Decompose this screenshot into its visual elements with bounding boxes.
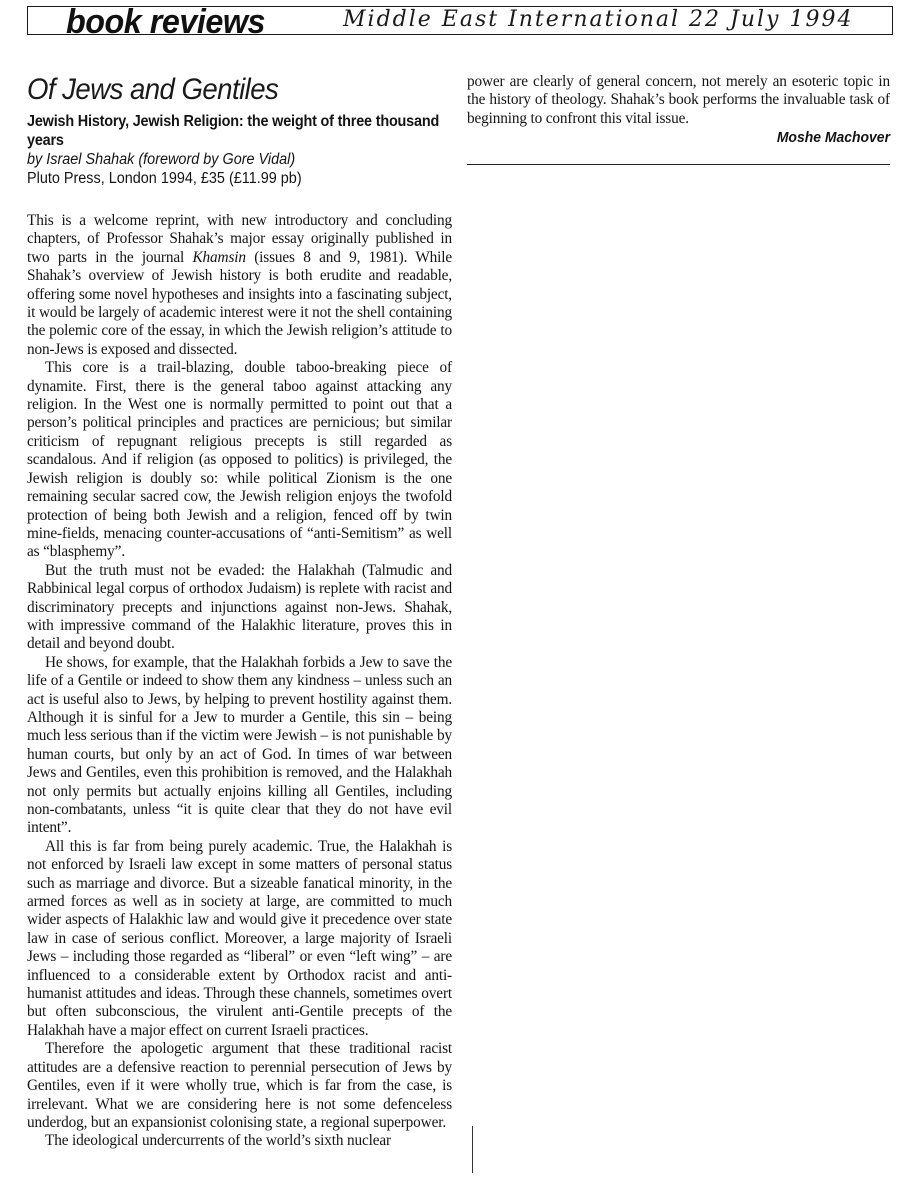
paragraph-2: This core is a trail-blazing, double tab… [27,359,452,561]
paragraph-5: All this is far from being purely academ… [27,838,452,1040]
paragraph-continuation: power are clearly of general concern, no… [467,73,890,128]
paragraph-4: He shows, for example, that the Halakhah… [27,654,452,838]
end-rule-divider [467,164,890,165]
review-title: Of Jews and Gentiles [27,72,418,108]
book-author: by Israel Shahak (foreword by Gore Vidal… [27,150,422,169]
left-column: Of Jews and Gentiles Jewish History, Jew… [27,72,452,1151]
paragraph-3: But the truth must not be evaded: the Ha… [27,562,452,654]
paragraph-1: This is a welcome reprint, with new intr… [27,212,452,359]
header-box: book reviews Middle East International 2… [27,6,893,35]
book-title: Jewish History, Jewish Religion: the wei… [27,112,455,150]
handwritten-note: Middle East International 22 July 1994 [343,7,888,32]
book-publisher: Pluto Press, London 1994, £35 (£11.99 pb… [27,169,422,188]
reviewer-signature: Moshe Machover [497,129,890,146]
right-column: power are clearly of general concern, no… [467,73,890,146]
section-title: book reviews [66,3,265,42]
margin-bar-divider [472,1126,473,1173]
paragraph-6: Therefore the apologetic argument that t… [27,1040,452,1132]
paragraph-7: The ideological undercurrents of the wor… [27,1132,452,1150]
journal-name: Khamsin [193,249,246,266]
